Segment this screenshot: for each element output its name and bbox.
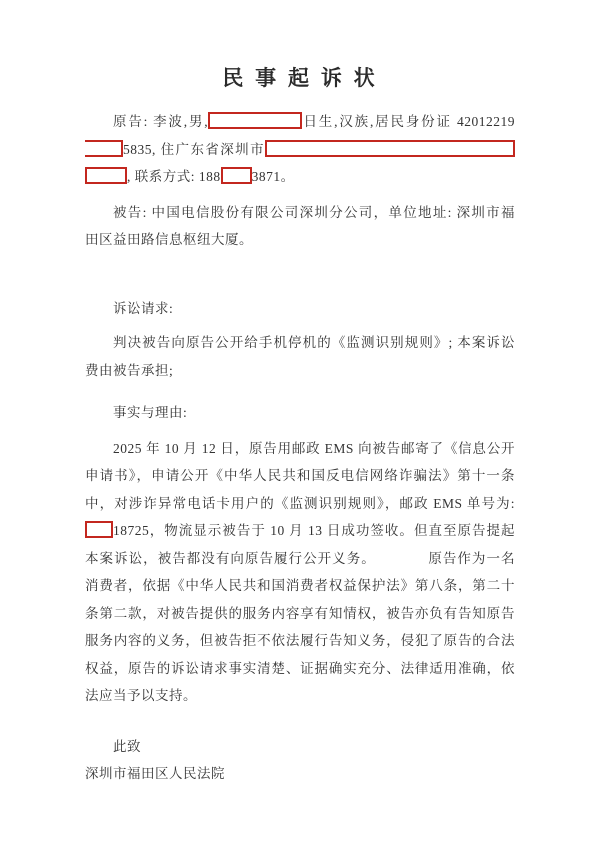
facts-line-6: 消费者，依据《中华人民共和国消费者权益保护法》第八条，第二十 <box>85 572 515 600</box>
redaction-box-birthdate <box>208 112 302 129</box>
claims-line-2: 费由被告承担; <box>85 357 515 385</box>
plaintiff-line-2: 5835, 住广东省深圳市 <box>85 136 515 164</box>
claims-line-1: 判决被告向原告公开给手机停机的《监测识别规则》; 本案诉讼 <box>85 329 515 357</box>
facts-line-5: 本案诉讼，被告都没有向原告履行公开义务。原告作为一名 <box>85 545 515 573</box>
claims-heading: 诉讼请求: <box>85 295 515 323</box>
defendant-paragraph: 被告: 中国电信股份有限公司深圳分公司，单位地址: 深圳市福 田区益田路信息枢纽… <box>85 199 515 254</box>
blank-gap <box>376 562 428 563</box>
facts-line-7: 条第二款，对被告提供的服务内容享有知情权，被告亦负有告知原告 <box>85 600 515 628</box>
plaintiff-line-3: , 联系方式: 1883871。 <box>85 163 515 191</box>
facts-line-4-text: 18725，物流显示被告于 10 月 13 日成功签收。但直至原告提起 <box>113 523 515 538</box>
redaction-box-address <box>265 140 515 157</box>
facts-line-1: 2025 年 10 月 12 日，原告用邮政 EMS 向被告邮寄了《信息公开 <box>85 435 515 463</box>
document-title: 民 事 起 诉 状 <box>85 64 515 94</box>
document-content: 民 事 起 诉 状 原告: 李波,男,日生,汉族,居民身份证 42012219 … <box>0 0 599 788</box>
closing-court-name: 深圳市福田区人民法院 <box>85 760 515 788</box>
facts-line-3: 中，对涉诈异常电话卡用户的《监测识别规则》，邮政 EMS 单号为: 1330 <box>85 490 515 518</box>
claims-paragraph: 判决被告向原告公开给手机停机的《监测识别规则》; 本案诉讼 费由被告承担; <box>85 329 515 384</box>
plaintiff-line-3-post: 3871。 <box>252 169 295 184</box>
facts-paragraph: 2025 年 10 月 12 日，原告用邮政 EMS 向被告邮寄了《信息公开 申… <box>85 435 515 710</box>
plaintiff-line-1-pre: 原告: 李波,男, <box>113 114 208 129</box>
facts-line-8: 服务内容的义务，但被告拒不依法履行告知义务，侵犯了原告的合法 <box>85 627 515 655</box>
redaction-box-id-part <box>85 140 123 157</box>
redaction-box-ems-number-part <box>85 521 113 538</box>
facts-line-2: 申请书》，申请公开《中华人民共和国反电信网络诈骗法》第十一条 <box>85 462 515 490</box>
plaintiff-paragraph: 原告: 李波,男,日生,汉族,居民身份证 42012219 5835, 住广东省… <box>85 108 515 191</box>
facts-line-10: 法应当予以支持。 <box>85 682 515 710</box>
defendant-line-1: 被告: 中国电信股份有限公司深圳分公司，单位地址: 深圳市福 <box>85 199 515 227</box>
facts-line-5-post: 原告作为一名 <box>428 551 515 566</box>
civil-complaint-document: 民 事 起 诉 状 原告: 李波,男,日生,汉族,居民身份证 42012219 … <box>0 0 599 848</box>
plaintiff-line-3-pre: , 联系方式: 188 <box>127 169 221 184</box>
facts-line-9: 权益，原告的诉讼请求事实清楚、证据确实充分、法律适用准确，依 <box>85 655 515 683</box>
redaction-box-phone-part <box>221 167 252 184</box>
defendant-line-2: 田区益田路信息枢纽大厦。 <box>85 226 515 254</box>
facts-line-4: 18725，物流显示被告于 10 月 13 日成功签收。但直至原告提起 <box>85 517 515 545</box>
redaction-box-address-part <box>85 167 127 184</box>
plaintiff-line-1: 原告: 李波,男,日生,汉族,居民身份证 42012219 <box>85 108 515 136</box>
plaintiff-line-1-post: 日生,汉族,居民身份证 42012219 <box>302 114 515 129</box>
closing-salutation: 此致 <box>85 733 515 761</box>
facts-line-5-pre: 本案诉讼，被告都没有向原告履行公开义务。 <box>85 551 376 566</box>
facts-heading: 事实与理由: <box>85 399 515 427</box>
plaintiff-line-2-text: 5835, 住广东省深圳市 <box>123 142 265 157</box>
